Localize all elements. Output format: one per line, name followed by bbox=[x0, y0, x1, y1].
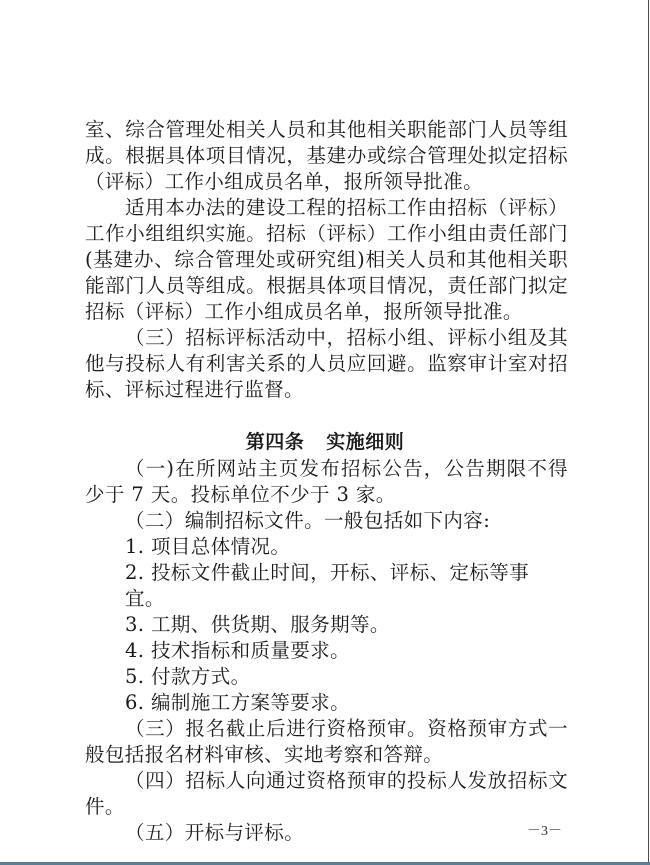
article-heading: 第四条实施细则 bbox=[0, 429, 650, 455]
item-5: （五）开标与评标。 bbox=[85, 820, 568, 846]
item-4: （四）招标人向通过资格预审的投标人发放招标文件。 bbox=[85, 768, 568, 820]
sublist-item-2: 2. 投标文件截止时间，开标、评标、定标等事宜。 bbox=[85, 560, 568, 612]
article-number: 第四条 bbox=[246, 431, 305, 453]
item-1: （一)在所网站主页发布招标公告，公告期限不得少于 7 天。投标单位不少于 3 家… bbox=[85, 456, 568, 508]
sublist-item-1: 1. 项目总体情况。 bbox=[85, 534, 568, 560]
item-2: （二）编制招标文件。一般包括如下内容: bbox=[85, 508, 568, 534]
sublist-item-6: 6. 编制施工方案等要求。 bbox=[85, 690, 568, 716]
paragraph-1: 室、综合管理处相关人员和其他相关职能部门人员等组成。根据具体项目情况，基建办或综… bbox=[85, 117, 568, 195]
sublist-item-5: 5. 付款方式。 bbox=[85, 664, 568, 690]
page-number: －3－ bbox=[527, 820, 562, 840]
article-body: （一)在所网站主页发布招标公告，公告期限不得少于 7 天。投标单位不少于 3 家… bbox=[85, 456, 568, 846]
sublist-item-4: 4. 技术指标和质量要求。 bbox=[85, 638, 568, 664]
item-3: （三）报名截止后进行资格预审。资格预审方式一般包括报名材料审核、实地考察和答辩。 bbox=[85, 716, 568, 768]
paragraph-2: 适用本办法的建设工程的招标工作由招标（评标）工作小组组织实施。招标（评标）工作小… bbox=[85, 195, 568, 325]
paragraph-3: （三）招标评标活动中，招标小组、评标小组及其他与投标人有利害关系的人员应回避。监… bbox=[85, 325, 568, 403]
sublist-item-3: 3. 工期、供货期、服务期等。 bbox=[85, 612, 568, 638]
article-title: 实施细则 bbox=[326, 431, 404, 453]
continuation-section: 室、综合管理处相关人员和其他相关职能部门人员等组成。根据具体项目情况，基建办或综… bbox=[85, 117, 568, 403]
